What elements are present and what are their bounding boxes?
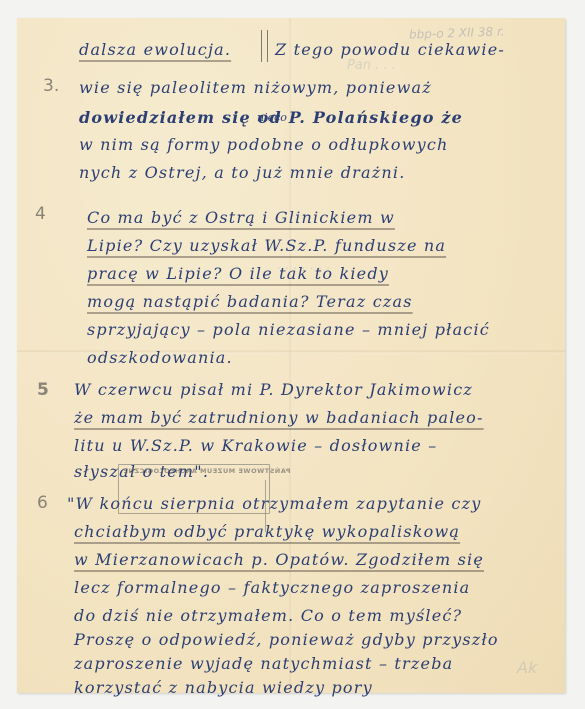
text-line: mogą nastąpić badania? Teraz czas xyxy=(87,292,413,312)
text-line: do dziś nie otrzymałem. Co o tem myśleć? xyxy=(74,606,462,626)
line-text: Lipie? Czy uzyskał W.Sz.P. fundusze na xyxy=(87,236,446,255)
line-text: dowiedziałem się od P. Polańskiego że xyxy=(79,108,463,127)
line-text: nych z Ostrej, a to już mnie drażni. xyxy=(79,163,406,182)
section-number: 6 xyxy=(37,493,48,513)
line-text: do dziś nie otrzymałem. Co o tem myśleć? xyxy=(74,606,462,625)
bleed-through-text: Pan . . . xyxy=(347,58,396,73)
text-line: sprzyjający – pola niezasiane – mniej pł… xyxy=(87,320,490,340)
letter-page: bbp-o 2 XII 38 r. Pan . . . . . . . . . … xyxy=(17,18,565,693)
line-text: pracę w Lipie? O ile tak to kiedy xyxy=(87,264,389,283)
line-text: korzystać z nabycia wiedzy pory xyxy=(74,678,373,697)
line-text: W czerwcu pisał mi P. Dyrektor Jakimowic… xyxy=(74,380,473,399)
text-line: korzystać z nabycia wiedzy pory xyxy=(74,678,373,698)
line-text: chciałbym odbyć praktykę wykopaliskową xyxy=(74,522,460,541)
text-line: "W końcu sierpnia otrzymałem zapytanie c… xyxy=(67,494,481,514)
line-text: dalsza ewolucja. xyxy=(79,40,231,59)
text-line: w Mierzanowicach p. Opatów. Zgodziłem si… xyxy=(74,550,484,570)
text-line: że mam być zatrudniony w badaniach paleo… xyxy=(74,408,484,428)
line-text: zaproszenie wyjadę natychmiast – trzeba xyxy=(74,654,453,673)
section-number: 5 xyxy=(37,380,49,400)
line-text: Co ma być z Ostrą i Glinickiem w xyxy=(87,208,395,227)
text-line: litu u W.Sz.P. w Krakowie – dosłownie – xyxy=(74,436,437,456)
text-line: Lipie? Czy uzyskał W.Sz.P. fundusze na xyxy=(87,236,446,256)
line-text: Proszę o odpowiedź, ponieważ gdyby przys… xyxy=(74,630,499,649)
line-text: mogą nastąpić badania? Teraz czas xyxy=(87,292,413,311)
text-line: zaproszenie wyjadę natychmiast – trzeba xyxy=(74,654,453,674)
section-number: 4 xyxy=(35,204,46,224)
text-line: Proszę o odpowiedź, ponieważ gdyby przys… xyxy=(74,630,499,650)
text-line: dowiedziałem się od P. Polańskiego że xyxy=(79,108,463,128)
text-line: w nim są formy podobne o odłupkowych xyxy=(79,135,449,155)
text-line: odszkodowania. xyxy=(87,348,233,368)
line-text: litu u W.Sz.P. w Krakowie – dosłownie – xyxy=(74,436,437,455)
text-line: lecz formalnego – faktycznego zaproszeni… xyxy=(74,578,470,598)
bleed-through-text: Ak xyxy=(517,658,537,677)
text-line: Z tego powodu ciekawie- xyxy=(275,40,505,60)
line-text: "W końcu sierpnia otrzymałem zapytanie c… xyxy=(67,494,481,513)
text-line: dalsza ewolucja. xyxy=(79,40,231,60)
double-vertical-divider xyxy=(261,30,268,62)
stamp-text: PAŃSTWOWE MUZEUM ARCHEOLOGICZNE xyxy=(123,467,291,475)
line-text: Z tego powodu ciekawie- xyxy=(275,40,505,59)
line-text: w Mierzanowicach p. Opatów. Zgodziłem si… xyxy=(74,550,484,569)
line-text: w nim są formy podobne o odłupkowych xyxy=(79,135,449,154)
text-line: Co ma być z Ostrą i Glinickiem w xyxy=(87,208,395,228)
text-line: nych z Ostrej, a to już mnie drażni. xyxy=(79,163,406,183)
text-line: chciałbym odbyć praktykę wykopaliskową xyxy=(74,522,460,542)
line-text: że mam być zatrudniony w badaniach paleo… xyxy=(74,408,484,427)
line-text: lecz formalnego – faktycznego zaproszeni… xyxy=(74,578,470,597)
section-number: 3. xyxy=(43,76,59,96)
line-text: sprzyjający – pola niezasiane – mniej pł… xyxy=(87,320,490,339)
text-line: wie się paleolitem niżowym, ponieważ xyxy=(79,78,432,98)
text-line: pracę w Lipie? O ile tak to kiedy xyxy=(87,264,389,284)
line-text: wie się paleolitem niżowym, ponieważ xyxy=(79,78,432,97)
line-text: odszkodowania. xyxy=(87,348,233,367)
text-line: W czerwcu pisał mi P. Dyrektor Jakimowic… xyxy=(74,380,473,400)
